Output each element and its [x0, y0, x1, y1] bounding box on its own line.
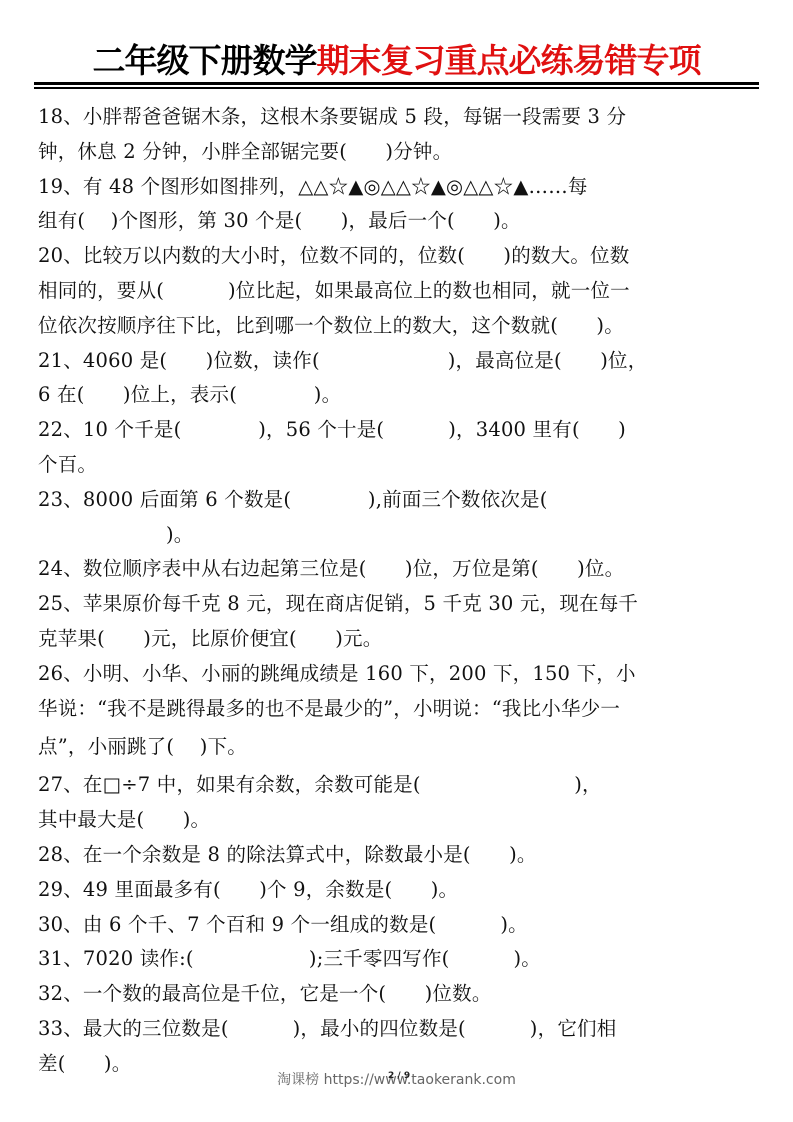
- q20-line-3: 位依次按顺序往下比，比到哪一个数位上的数大，这个数就( )。: [38, 309, 760, 344]
- q23-line-1: 23、8000 后面第 6 个数是( ),前面三个数依次是(: [38, 483, 760, 518]
- q28-line-1: 28、在一个余数是 8 的除法算式中，除数最小是( )。: [38, 838, 760, 873]
- document-page: 二年级下册数学期末复习重点必练易错专项 18、小胖帮爸爸锯木条，这根木条要锯成 …: [0, 0, 793, 1122]
- q30-line-1: 30、由 6 个千、7 个百和 9 个一组成的数是( )。: [38, 908, 760, 943]
- q25-line-1: 25、苹果原价每千克 8 元，现在商店促销，5 千克 30 元，现在每千: [38, 587, 760, 622]
- underline-thin: [34, 87, 759, 89]
- q25-line-2: 克苹果( )元，比原价便宜( )元。: [38, 622, 760, 657]
- title-double-underline: [34, 82, 759, 89]
- q22-line-1: 22、10 个千是( )，56 个十是( )，3400 里有( ): [38, 413, 760, 448]
- page-number: 2 / 9: [388, 1071, 410, 1081]
- q32-line-1: 32、一个数的最高位是千位，它是一个( )位数。: [38, 977, 760, 1012]
- title-grade-subject: 二年级下册数学: [93, 41, 317, 80]
- underline-thick: [34, 82, 759, 85]
- question-list: 18、小胖帮爸爸锯木条，这根木条要锯成 5 段，每锯一段需要 3 分 钟，休息 …: [38, 100, 760, 1082]
- q21-line-1: 21、4060 是( )位数，读作( )，最高位是( )位，: [38, 344, 760, 379]
- q26-line-2: 华说：“我不是跳得最多的也不是最少的”，小明说：“我比小华少一: [38, 692, 760, 727]
- q24-line-1: 24、数位顺序表中从右边起第三位是( )位，万位是第( )位。: [38, 552, 760, 587]
- q19-line-2: 组有( )个图形，第 30 个是( )，最后一个( )。: [38, 204, 760, 239]
- page-title: 二年级下册数学期末复习重点必练易错专项: [34, 40, 759, 82]
- title-topic: 期末复习重点必练易错专项: [317, 41, 701, 80]
- q23-line-2: )。: [38, 518, 760, 553]
- q21-line-2: 6 在( )位上，表示( )。: [38, 378, 760, 413]
- q18-line-1: 18、小胖帮爸爸锯木条，这根木条要锯成 5 段，每锯一段需要 3 分: [38, 100, 760, 135]
- q29-line-1: 29、49 里面最多有( )个 9，余数是( )。: [38, 873, 760, 908]
- q19-line-1: 19、有 48 个图形如图排列，△△☆▲◎△△☆▲◎△△☆▲……每: [38, 170, 760, 205]
- q27-line-2: 其中最大是( )。: [38, 803, 760, 838]
- q20-line-2: 相同的，要从( )位比起，如果最高位上的数也相同，就一位一: [38, 274, 760, 309]
- q22-line-2: 个百。: [38, 448, 760, 483]
- q26-line-1: 26、小明、小华、小丽的跳绳成绩是 160 下，200 下，150 下，小: [38, 657, 760, 692]
- q31-line-1: 31、7020 读作:( );三千零四写作( )。: [38, 942, 760, 977]
- q18-line-2: 钟，休息 2 分钟，小胖全部锯完要( )分钟。: [38, 135, 760, 170]
- q26-line-3: 点”，小丽跳了( )下。: [38, 726, 760, 768]
- q27-line-1: 27、在□÷7 中，如果有余数，余数可能是( )，: [38, 768, 760, 803]
- q20-line-1: 20、比较万以内数的大小时，位数不同的，位数( )的数大。位数: [38, 239, 760, 274]
- q33-line-1: 33、最大的三位数是( )，最小的四位数是( )，它们相: [38, 1012, 760, 1047]
